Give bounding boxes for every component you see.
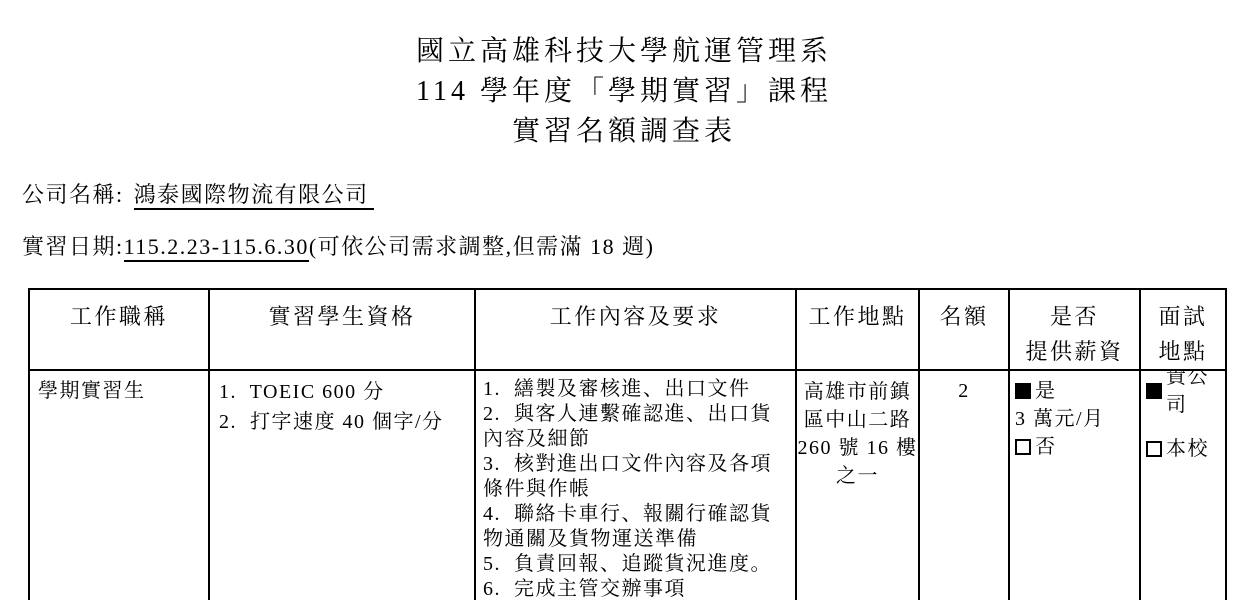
work-content-item: 4. 聯絡卡車行、報關行確認貨物通關及貨物運送準備 xyxy=(483,502,792,552)
company-name-line: 公司名稱:鴻泰國際物流有限公司 xyxy=(22,180,1248,210)
work-content-cell: 1. 繕製及審核進、出口文件 2. 與客人連繫確認進、出口貨內容及細節 3. 核… xyxy=(475,370,796,600)
salary-no-option: 否 xyxy=(1015,433,1137,461)
header-interview: 面試 地點 xyxy=(1140,289,1226,370)
work-content-item: 6. 完成主管交辦事項 xyxy=(483,577,792,600)
internship-period-label: 實習日期: xyxy=(22,234,124,259)
header-location: 工作地點 xyxy=(796,289,919,370)
internship-period-note: (可依公司需求調整,但需滿 18 週) xyxy=(309,234,655,259)
salary-yes-label: 是 xyxy=(1035,377,1057,405)
salary-yes-option: 是 xyxy=(1015,377,1137,405)
header-job-title: 工作職稱 xyxy=(29,289,209,370)
title-line-course: 114 學年度「學期實習」課程 xyxy=(0,72,1248,112)
table-row: 學期實習生 1. TOEIC 600 分 2. 打字速度 40 個字/分 1. … xyxy=(29,370,1226,600)
qualifications-cell: 1. TOEIC 600 分 2. 打字速度 40 個字/分 xyxy=(209,370,475,600)
salary-yes-checkbox-icon xyxy=(1015,383,1031,399)
header-quota: 名額 xyxy=(919,289,1009,370)
job-title-cell: 學期實習生 xyxy=(29,370,209,600)
interview-company-label: 貴公司 xyxy=(1166,370,1223,419)
salary-no-label: 否 xyxy=(1035,433,1057,461)
header-qualification: 實習學生資格 xyxy=(209,289,475,370)
qualification-item: 1. TOEIC 600 分 xyxy=(219,377,470,407)
work-location-cell: 高雄市前鎮 區中山二路 260 號 16 樓 之一 xyxy=(796,370,919,600)
document-title-block: 國立高雄科技大學航運管理系 114 學年度「學期實習」課程 實習名額調查表 xyxy=(0,0,1248,152)
interview-school-label: 本校 xyxy=(1166,435,1209,463)
title-line-form-name: 實習名額調查表 xyxy=(0,112,1248,152)
interview-location-cell: 貴公司 本校 xyxy=(1140,370,1226,600)
interview-school-checkbox-icon xyxy=(1146,441,1162,457)
internship-quota-table: 工作職稱 實習學生資格 工作內容及要求 工作地點 名額 是否 提供薪資 面試 地… xyxy=(28,288,1227,600)
header-work-content: 工作內容及要求 xyxy=(475,289,796,370)
title-line-university: 國立高雄科技大學航運管理系 xyxy=(0,32,1248,72)
salary-no-checkbox-icon xyxy=(1015,439,1031,455)
interview-school-option: 本校 xyxy=(1146,435,1223,463)
document-page: 國立高雄科技大學航運管理系 114 學年度「學期實習」課程 實習名額調查表 公司… xyxy=(0,0,1248,600)
salary-amount: 3 萬元/月 xyxy=(1015,405,1137,433)
company-name-label: 公司名稱: xyxy=(22,182,124,207)
company-name-value: 鴻泰國際物流有限公司 xyxy=(134,182,374,210)
salary-cell: 是 3 萬元/月 否 xyxy=(1009,370,1140,600)
table-header-row: 工作職稱 實習學生資格 工作內容及要求 工作地點 名額 是否 提供薪資 面試 地… xyxy=(29,289,1226,370)
header-salary: 是否 提供薪資 xyxy=(1009,289,1140,370)
interview-company-option: 貴公司 xyxy=(1146,377,1223,405)
internship-period-line: 實習日期:115.2.23-115.6.30(可依公司需求調整,但需滿 18 週… xyxy=(22,232,1248,262)
qualification-item: 2. 打字速度 40 個字/分 xyxy=(219,407,470,437)
work-content-item: 5. 負責回報、追蹤貨況進度。 xyxy=(483,552,792,577)
internship-period-value: 115.2.23-115.6.30 xyxy=(124,234,309,262)
work-content-item: 3. 核對進出口文件內容及各項條件與作帳 xyxy=(483,452,792,502)
interview-company-checkbox-icon xyxy=(1146,383,1162,399)
work-content-item: 2. 與客人連繫確認進、出口貨內容及細節 xyxy=(483,402,792,452)
quota-cell: 2 xyxy=(919,370,1009,600)
work-content-item: 1. 繕製及審核進、出口文件 xyxy=(483,377,792,402)
